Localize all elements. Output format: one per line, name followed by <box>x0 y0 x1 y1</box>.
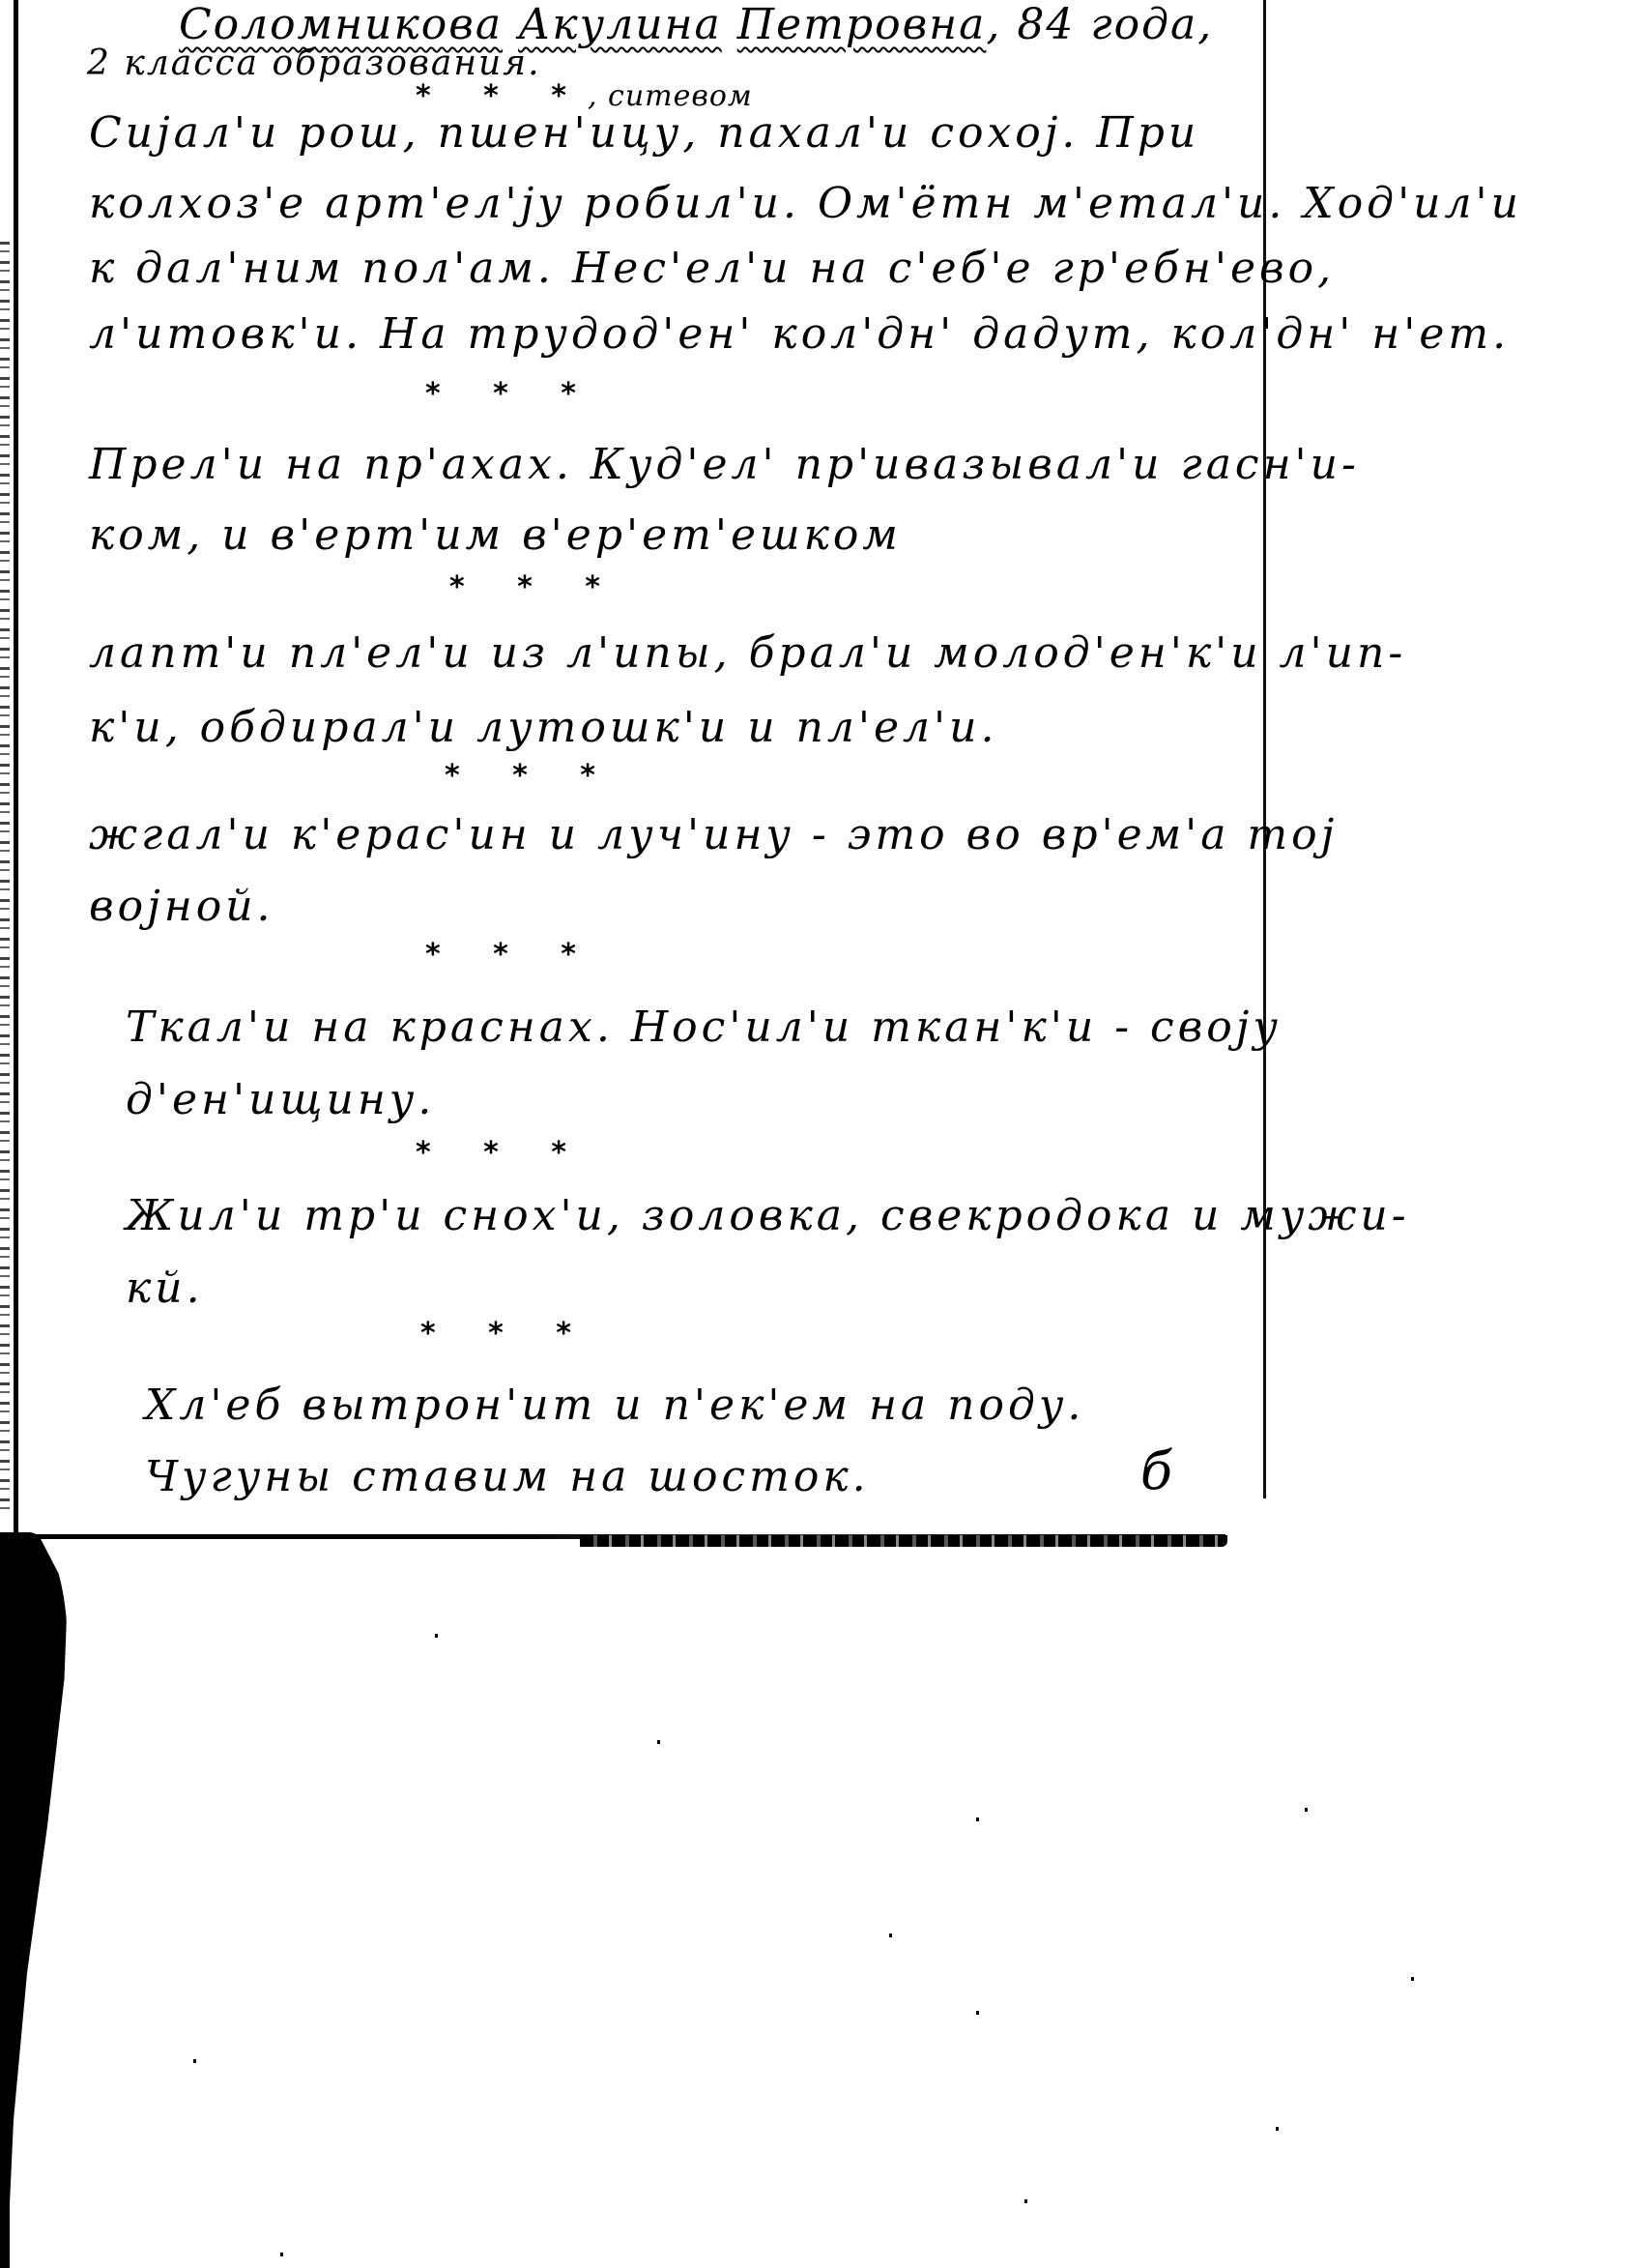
text-line: војной. <box>89 882 274 931</box>
page-left-edge <box>14 0 18 1537</box>
section-divider: * * * <box>449 570 621 604</box>
scan-speck <box>976 1817 979 1821</box>
scan-speck <box>1305 1808 1308 1812</box>
scanned-page: Соломникова Акулина Петровна, 84 года, 2… <box>0 0 1643 2268</box>
page-bottom-shadow <box>580 1535 1227 1547</box>
section-divider: * * * <box>425 377 597 411</box>
informant-patronymic: Петровна <box>737 0 987 49</box>
binder-shadow <box>0 1532 68 2267</box>
section-divider: * * * <box>425 938 597 972</box>
text-line: Чугуны ставим на шосток. <box>145 1452 870 1501</box>
section-divider: * * * <box>420 1317 592 1351</box>
text-line: колхоз'е арт'ел'ју робил'и. Ом'ётн м'ета… <box>89 179 1522 228</box>
text-line: д'ен'ищину. <box>126 1075 435 1124</box>
section-divider: * * * <box>445 759 617 793</box>
informant-age: , 84 года, <box>986 0 1213 49</box>
text-line: ком, и в'ерт'им в'ер'ет'ешком <box>89 510 902 560</box>
informant-surname: Соломникова <box>179 0 503 49</box>
scan-speck <box>976 2011 979 2015</box>
scan-spine-noise <box>0 242 10 1518</box>
text-line: лапт'и пл'ел'и из л'ипы, брал'и молод'ен… <box>89 628 1406 678</box>
text-line: Прел'и на пр'ахах. Куд'ел' пр'ивазывал'и… <box>89 440 1360 489</box>
informant-name: Акулина <box>518 0 722 49</box>
text-line: Сијал'и рош, пшен'ицу, пахал'и сохој. Пр… <box>89 108 1199 158</box>
scan-speck <box>1024 2199 1027 2203</box>
scan-speck <box>657 1740 660 1744</box>
scan-speck <box>193 2059 196 2063</box>
text-line: к дал'ним пол'ам. Нес'ел'и на с'еб'е гр'… <box>89 244 1335 293</box>
scan-speck <box>435 1634 438 1638</box>
text-line: Жил'и тр'и снох'и, золовка, свекродока и… <box>126 1191 1410 1240</box>
scan-speck <box>889 1934 892 1937</box>
text-line: к'и, обдирал'и лутошк'и и пл'ел'и. <box>89 703 997 752</box>
text-line: жгал'и к'ерас'ин и луч'ину - это во вр'е… <box>89 810 1338 859</box>
scan-speck <box>1276 2127 1279 2131</box>
scan-speck <box>1411 1977 1414 1981</box>
informant-education: 2 класса образования. <box>87 44 541 83</box>
section-divider: * * * <box>416 1136 588 1170</box>
scan-speck <box>280 2253 283 2256</box>
text-line: Ткал'и на краснах. Нос'ил'и ткан'к'и - с… <box>126 1003 1282 1052</box>
text-line: Хл'еб вытрон'ит и п'ек'ем на поду. <box>145 1381 1084 1430</box>
text-line: кй. <box>126 1264 204 1313</box>
text-line: л'итовк'и. На трудод'ен' кол'дн' дадут, … <box>89 309 1510 359</box>
page-number: б <box>1140 1440 1172 1501</box>
informant-header: Соломникова Акулина Петровна, 84 года, <box>179 0 1213 49</box>
